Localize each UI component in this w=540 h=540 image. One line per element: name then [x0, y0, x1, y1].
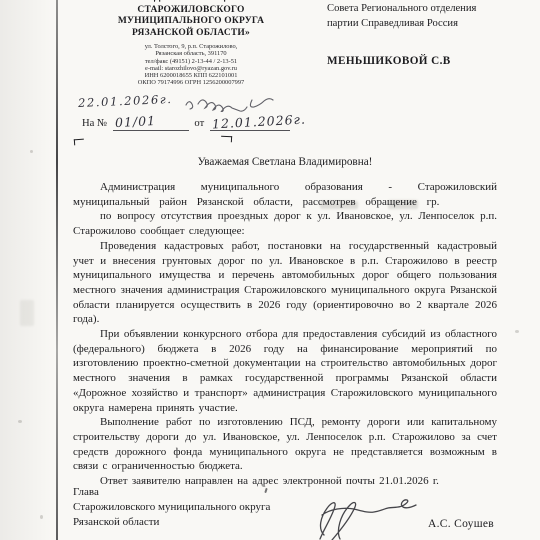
- body-paragraph: Проведения кадастровых работ, постановки…: [73, 239, 497, 327]
- handwritten-from-date: 12.01.2026г.: [212, 112, 307, 132]
- body-paragraph: по вопросу отсутствия проездных дорог к …: [73, 209, 497, 238]
- contact-line-address: ул. Толстого, 9, р.п. Старожилово,: [72, 43, 310, 50]
- handwritten-outgoing-date: 22.01.2026г.: [78, 92, 173, 110]
- signatory-name: А.С. Соушев: [428, 518, 494, 530]
- reference-line: На № 01/01 от 12.01.2026г.: [82, 114, 293, 131]
- scan-edge-shadow: [0, 0, 56, 540]
- body-paragraph: Выполнение работ по изготовлению ПСД, ре…: [73, 415, 497, 474]
- scanned-letter-page: «АДМИНИСТРАЦИЯ СТАРОЖИЛОВСКОГО МУНИЦИПАЛ…: [0, 0, 540, 540]
- addressee-org-line: партии Справедливая Россия: [327, 16, 535, 31]
- greeting: Уважаемая Светлана Владимировна!: [73, 156, 497, 168]
- contact-line-inn-kpp: ИНН 6200018655 КПП 622101001: [72, 72, 310, 79]
- scan-edge-line: [56, 0, 58, 540]
- signature-scrawl: [310, 495, 425, 540]
- addressee-org-line: Совета Регионального отделения: [327, 1, 535, 16]
- signature-title: Глава Старожиловского муниципального окр…: [73, 485, 270, 531]
- contact-line-phone: тел/факс (49151) 2-13-44 / 2-13-51: [72, 58, 310, 65]
- handwritten-number-scribble: [182, 92, 282, 112]
- org-name-line: СТАРОЖИЛОВСКОГО: [72, 5, 310, 17]
- from-date-label: от: [194, 118, 204, 129]
- pencil-mark: [221, 136, 232, 143]
- contact-line-email: e-mail: starozhilovo@ryazan.gov.ru: [72, 65, 310, 72]
- from-date-slot: 12.01.2026г.: [210, 114, 290, 131]
- scan-speck: [18, 420, 22, 423]
- incoming-number-label: На №: [82, 118, 107, 129]
- incoming-number-slot: 01/01: [113, 114, 189, 131]
- body-paragraph: Администрация муниципального образования…: [73, 180, 497, 209]
- signature-title-line: Рязанской области: [73, 515, 270, 530]
- org-name-line: МУНИЦИПАЛЬНОГО ОКРУГА: [72, 16, 310, 28]
- margin-smudge: [20, 300, 34, 326]
- signature-title-line: Глава: [73, 485, 270, 500]
- letter-body: Администрация муниципального образования…: [73, 180, 497, 489]
- scan-speck: [40, 515, 43, 519]
- org-name-line: РЯЗАНСКОЙ ОБЛАСТИ»: [72, 28, 310, 40]
- addressee-block: Совета Регионального отделения партии Сп…: [327, 1, 535, 69]
- body-paragraph: При объявлении конкурсного отбора для пр…: [73, 327, 497, 415]
- contact-line-okpo-ogrn: ОКПО 79174996 ОГРН 1256200007997: [72, 79, 310, 86]
- letterhead: «АДМИНИСТРАЦИЯ СТАРОЖИЛОВСКОГО МУНИЦИПАЛ…: [72, 0, 310, 87]
- scan-speck: [515, 330, 519, 333]
- handwritten-incoming-number: 01/01: [114, 113, 156, 130]
- addressee-name: МЕНЬШИКОВОЙ С.В: [327, 54, 535, 69]
- pencil-mark: [74, 139, 84, 146]
- letterhead-contacts: ул. Толстого, 9, р.п. Старожилово, Рязан…: [72, 43, 310, 87]
- signature-title-line: Старожиловского муниципального округа: [73, 500, 270, 515]
- scan-speck: [30, 150, 33, 153]
- contact-line-region: Рязанская область, 391170: [72, 50, 310, 57]
